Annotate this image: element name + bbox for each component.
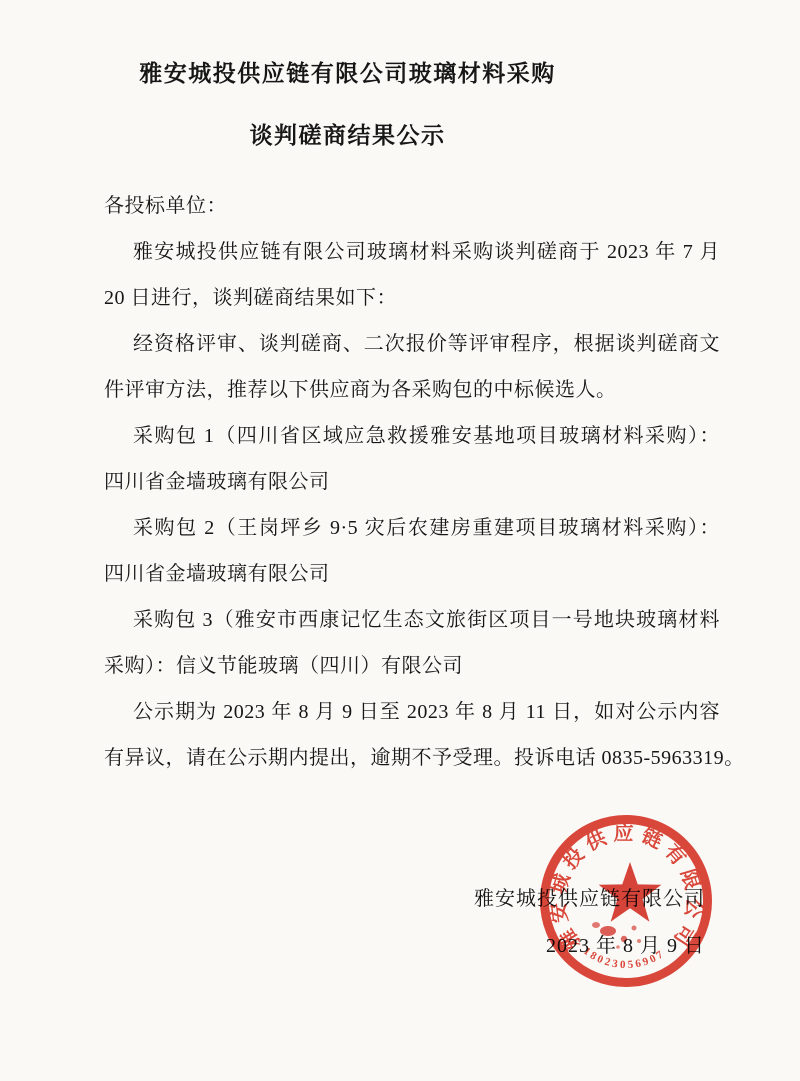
company-seal-stamp: 雅安城投供应链有限公司 18023056907	[516, 791, 736, 1011]
package-2-line: 采购包 2（王岗坪乡 9·5 灾后农建房重建项目玻璃材料采购）：	[104, 505, 720, 551]
document-title-line1: 雅安城投供应链有限公司玻璃材料采购	[0, 55, 695, 88]
document-title-line2: 谈判磋商结果公示	[0, 117, 695, 150]
paragraph-line: 经资格评审、谈判磋商、二次报价等评审程序，根据谈判磋商文	[104, 321, 720, 367]
scanned-document-page: 雅安城投供应链有限公司玻璃材料采购 谈判磋商结果公示 各投标单位： 雅安城投供应…	[0, 0, 800, 1081]
package-2-winner-line: 四川省金墙玻璃有限公司	[104, 551, 720, 597]
package-1-winner-line: 四川省金墙玻璃有限公司	[104, 459, 720, 505]
paragraph-line: 20 日进行，谈判磋商结果如下：	[104, 275, 720, 321]
package-3-line: 采购包 3（雅安市西康记忆生态文旅街区项目一号地块玻璃材料	[104, 597, 720, 643]
seal-serial-text: 18023056907	[581, 945, 667, 971]
package-3-winner-line: 采购）：信义节能玻璃（四川）有限公司	[104, 643, 720, 689]
publicity-period-line: 公示期为 2023 年 8 月 9 日至 2023 年 8 月 11 日，如对公…	[104, 689, 720, 735]
package-1-line: 采购包 1（四川省区域应急救援雅安基地项目玻璃材料采购）：	[104, 413, 720, 459]
document-body: 各投标单位： 雅安城投供应链有限公司玻璃材料采购谈判磋商于 2023 年 7 月…	[104, 183, 720, 781]
salutation-line: 各投标单位：	[104, 183, 720, 229]
seal-ink-splatter	[592, 922, 641, 949]
contact-line: 有异议，请在公示期内提出，逾期不予受理。投诉电话 0835-5963319。	[104, 735, 720, 781]
seal-serial: 18023056907	[581, 945, 667, 971]
paragraph-line: 件评审方法，推荐以下供应商为各采购包的中标候选人。	[104, 367, 720, 413]
seal-star-icon	[599, 862, 662, 922]
paragraph-line: 雅安城投供应链有限公司玻璃材料采购谈判磋商于 2023 年 7 月	[104, 229, 720, 275]
